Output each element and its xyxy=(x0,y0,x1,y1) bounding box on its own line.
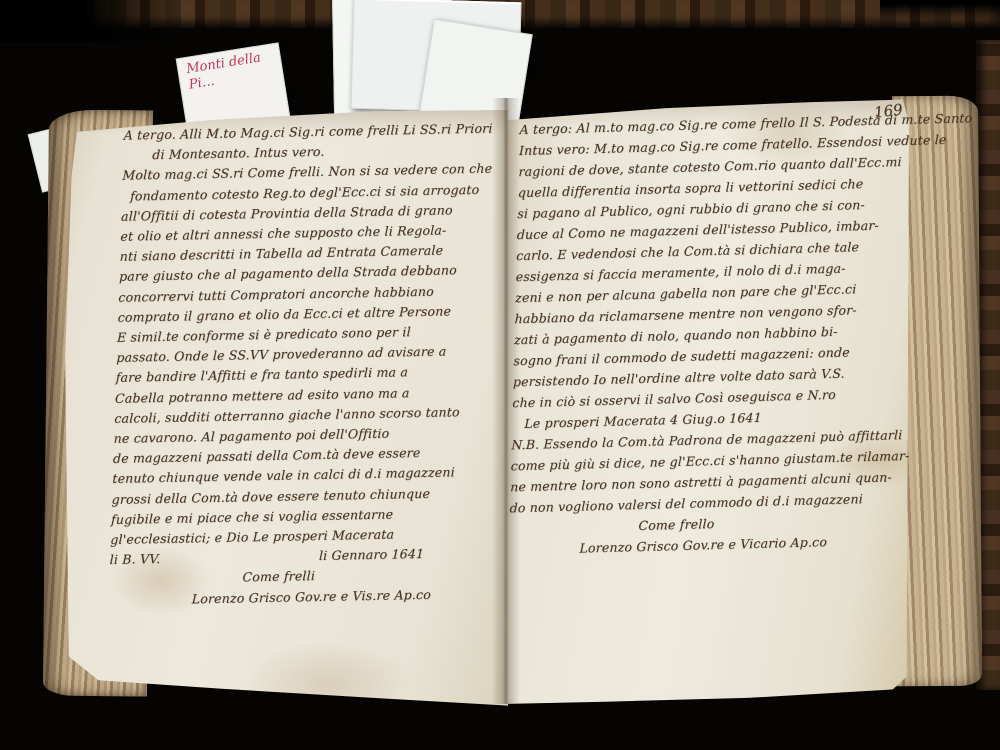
shadow-corner-right xyxy=(880,0,1000,20)
shadow-corner-left xyxy=(0,0,180,42)
manuscript-text-right: A tergo: Al m.to mag.co Sig.re come frel… xyxy=(508,109,919,561)
manuscript-text-left: A tergo. Alli M.to Mag.ci Sig.ri come fr… xyxy=(108,118,522,611)
manuscript-photo: Monti della Pi… 169 A tergo. Alli M.to M… xyxy=(0,0,1000,750)
